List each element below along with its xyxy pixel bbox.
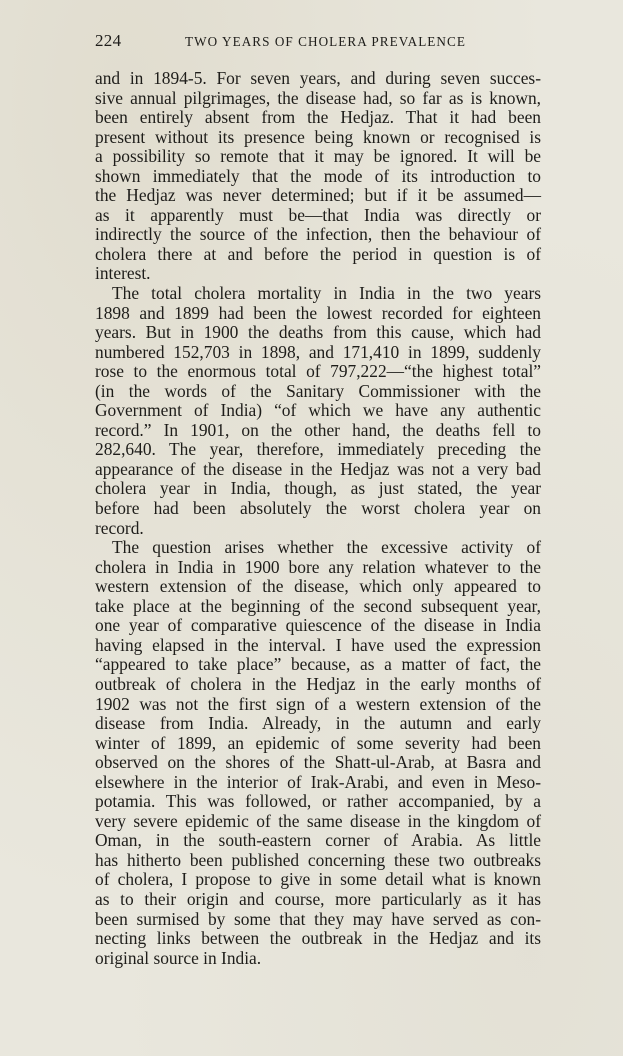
text-line: cholera year in India, though, as just s… [95, 479, 541, 499]
text-line: 1902 was not the first sign of a western… [95, 695, 541, 715]
text-line: as to their origin and course, more part… [95, 890, 541, 910]
text-line: The question arises whether the excessiv… [95, 538, 541, 558]
text-line: elsewhere in the interior of Irak-Arabi,… [95, 773, 541, 793]
text-line: very severe epidemic of the same disease… [95, 812, 541, 832]
text-line: Government of India) “of which we have a… [95, 401, 541, 421]
text-line: the Hedjaz was never determined; but if … [95, 186, 541, 206]
text-line: having elapsed in the interval. I have u… [95, 636, 541, 656]
text-line: observed on the shores of the Shatt-ul-A… [95, 753, 541, 773]
text-line: (in the words of the Sanitary Commission… [95, 382, 541, 402]
text-line: original source in India. [95, 949, 541, 969]
text-line: interest. [95, 264, 541, 284]
text-line: disease from India. Already, in the autu… [95, 714, 541, 734]
text-line: winter of 1899, an epidemic of some seve… [95, 734, 541, 754]
text-line: sive annual pilgrimages, the disease had… [95, 89, 541, 109]
text-line: record. [95, 519, 541, 539]
text-line: 1898 and 1899 had been the lowest record… [95, 304, 541, 324]
text-line: as it apparently must be—that India was … [95, 206, 541, 226]
text-line: shown immediately that the mode of its i… [95, 167, 541, 187]
text-line: present without its presence being known… [95, 128, 541, 148]
text-line: been surmised by some that they may have… [95, 910, 541, 930]
text-line: been entirely absent from the Hedjaz. Th… [95, 108, 541, 128]
text-line: necting links between the outbreak in th… [95, 929, 541, 949]
book-page: 224 TWO YEARS OF CHOLERA PREVALENCE and … [95, 31, 541, 968]
paragraph: The question arises whether the excessiv… [95, 538, 541, 968]
text-line: western extension of the disease, which … [95, 577, 541, 597]
text-line: Oman, in the south-eastern corner of Ara… [95, 831, 541, 851]
text-line: a possibility so remote that it may be i… [95, 147, 541, 167]
text-line: record.” In 1901, on the other hand, the… [95, 421, 541, 441]
text-line: potamia. This was followed, or rather ac… [95, 792, 541, 812]
body-text: and in 1894-5. For seven years, and duri… [95, 69, 541, 968]
text-line: has hitherto been published concerning t… [95, 851, 541, 871]
paragraph: The total cholera mortality in India in … [95, 284, 541, 538]
text-line: one year of comparative quiescence of th… [95, 616, 541, 636]
running-title: TWO YEARS OF CHOLERA PREVALENCE [185, 34, 466, 50]
text-line: rose to the enormous total of 797,222—“t… [95, 362, 541, 382]
text-line: years. But in 1900 the deaths from this … [95, 323, 541, 343]
text-line: outbreak of cholera in the Hedjaz in the… [95, 675, 541, 695]
text-line: take place at the beginning of the secon… [95, 597, 541, 617]
paragraph: and in 1894-5. For seven years, and duri… [95, 69, 541, 284]
text-line: “appeared to take place” because, as a m… [95, 655, 541, 675]
page-number: 224 [95, 31, 185, 51]
text-line: indirectly the source of the infection, … [95, 225, 541, 245]
text-line: cholera there at and before the period i… [95, 245, 541, 265]
text-line: 282,640. The year, therefore, immediatel… [95, 440, 541, 460]
text-line: of cholera, I propose to give in some de… [95, 870, 541, 890]
running-head: 224 TWO YEARS OF CHOLERA PREVALENCE [95, 31, 541, 53]
text-line: and in 1894-5. For seven years, and duri… [95, 69, 541, 89]
text-line: cholera in India in 1900 bore any relati… [95, 558, 541, 578]
text-line: The total cholera mortality in India in … [95, 284, 541, 304]
text-line: appearance of the disease in the Hedjaz … [95, 460, 541, 480]
text-line: before had been absolutely the worst cho… [95, 499, 541, 519]
text-line: numbered 152,703 in 1898, and 171,410 in… [95, 343, 541, 363]
